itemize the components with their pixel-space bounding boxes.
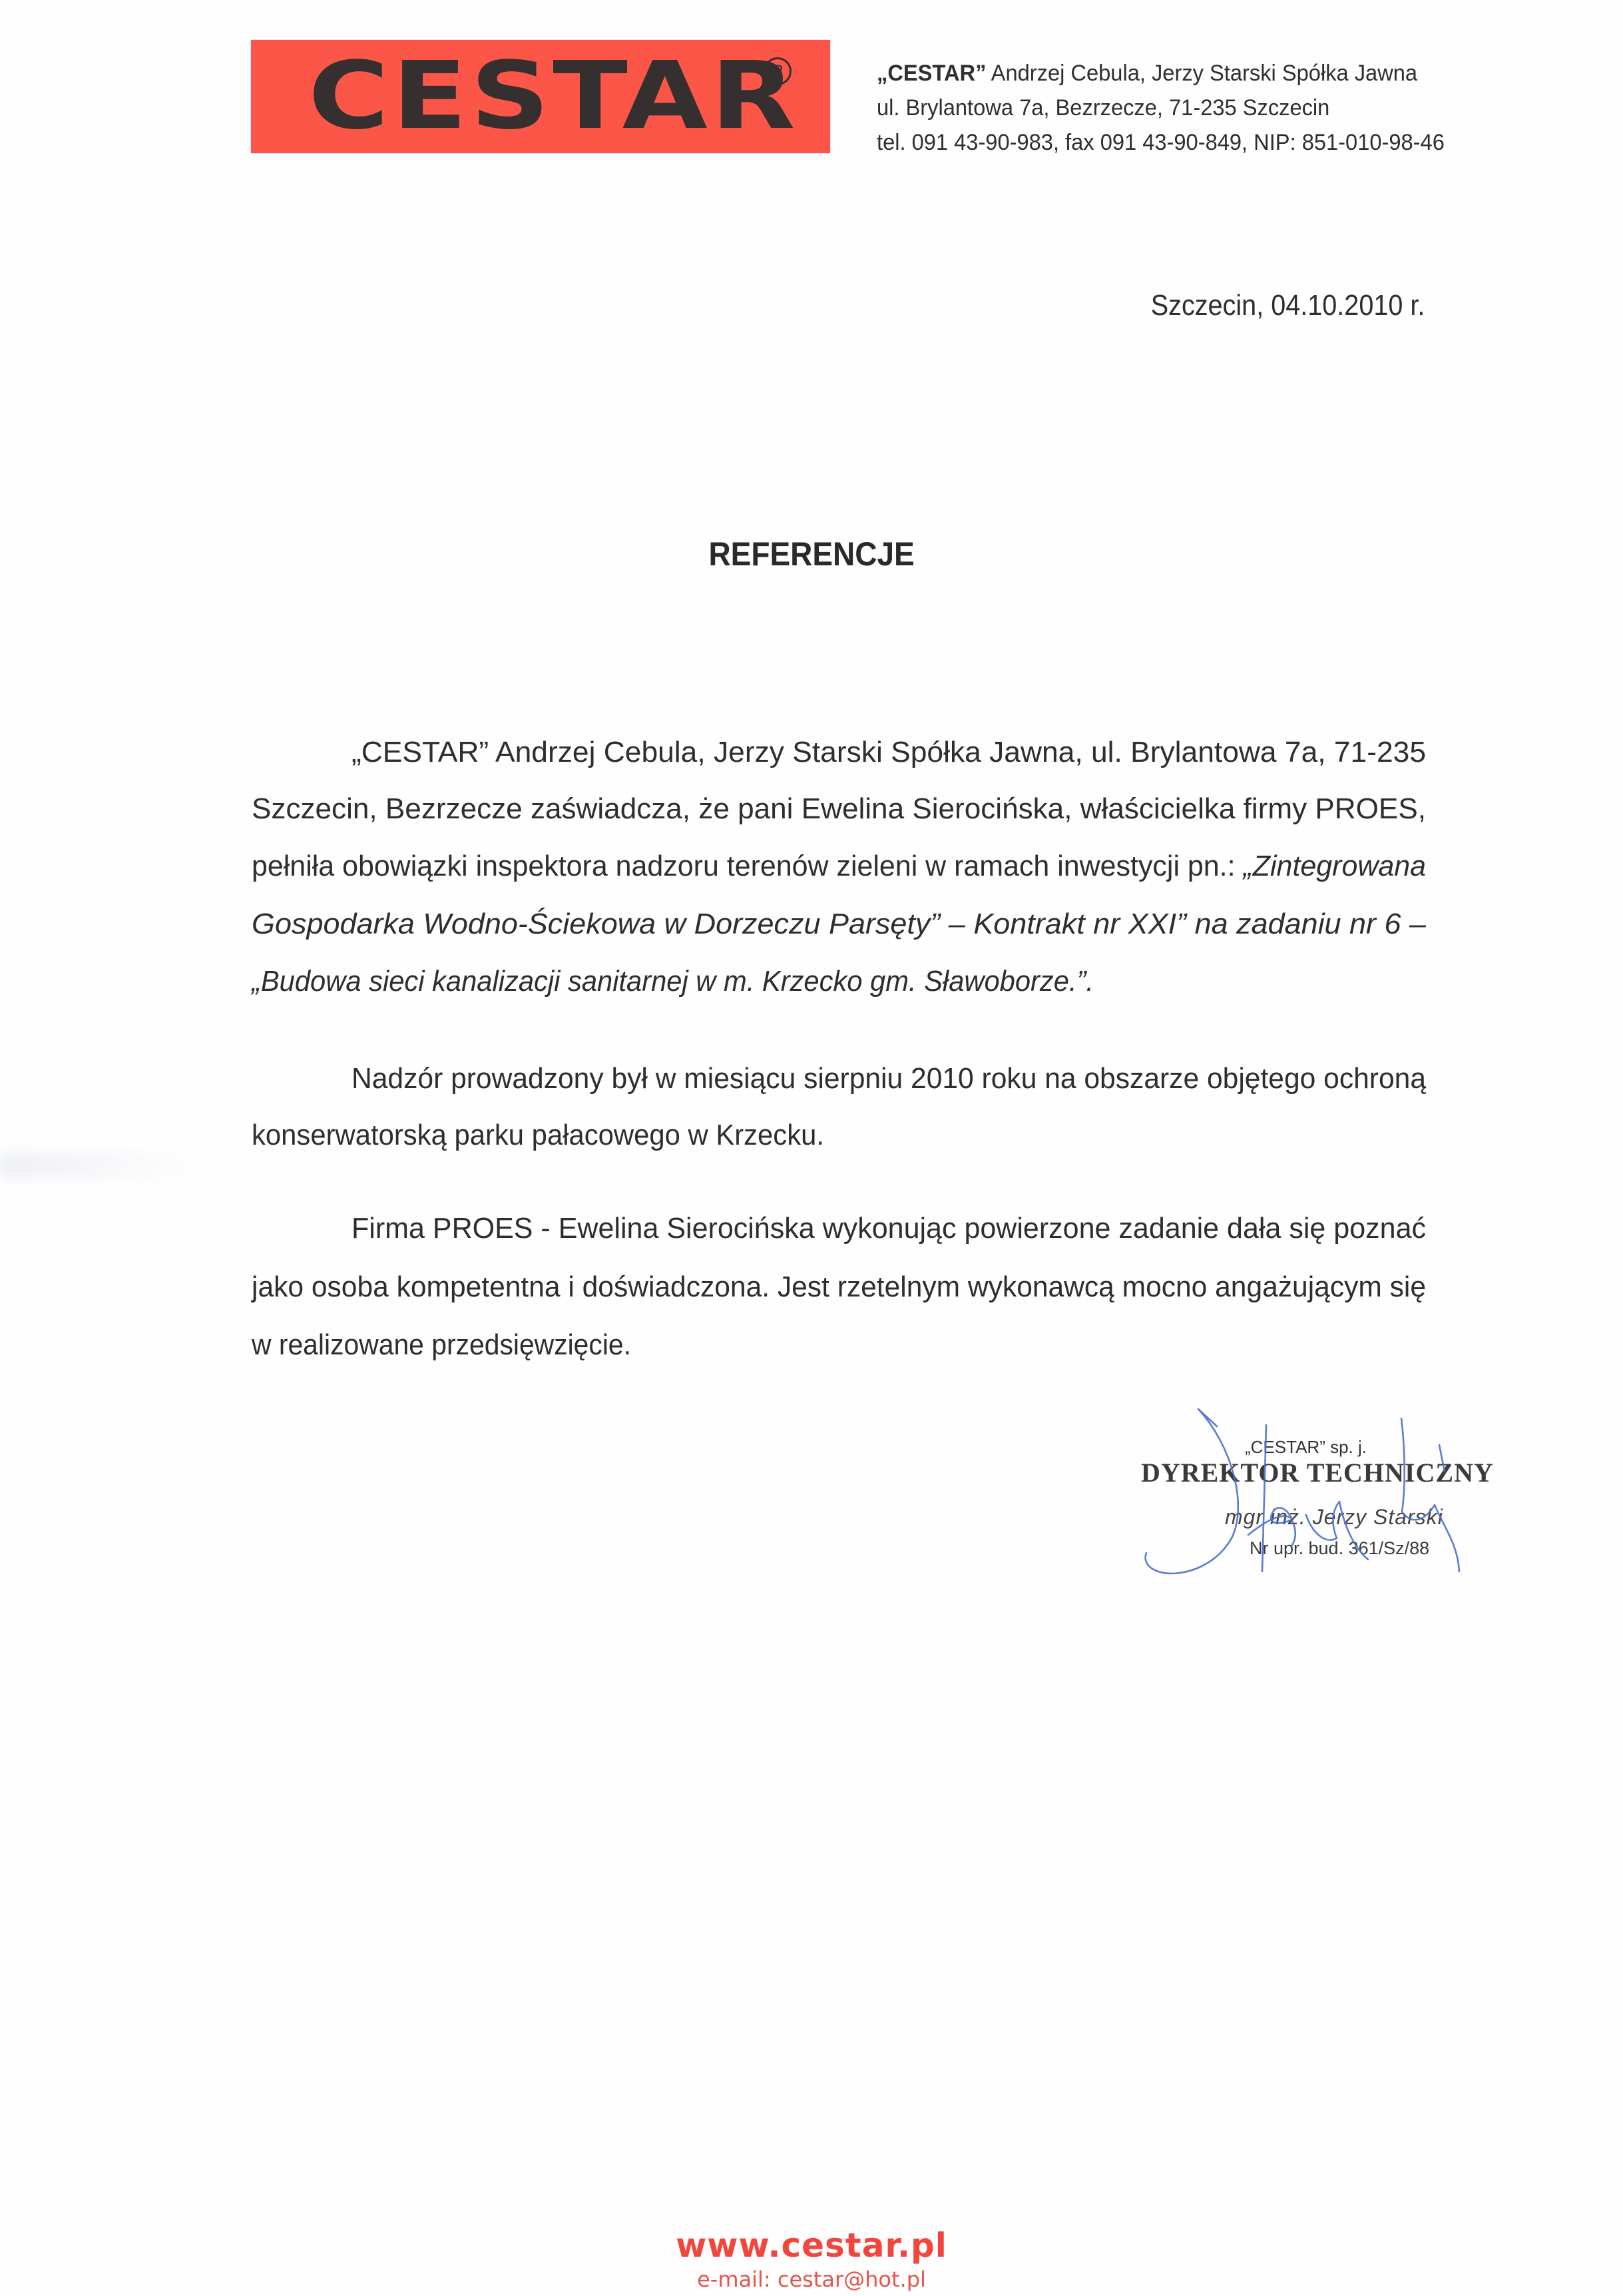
paragraph3-line3: w realizowane przedsięwzięcie.: [252, 1326, 660, 1364]
footer-email-link[interactable]: e-mail: cestar@hot.pl: [0, 2267, 1623, 2292]
company-contact: tel. 091 43-90-983, fax 091 43-90-849, N…: [877, 125, 1468, 160]
stamp-position: DYREKTOR TECHNICZNY: [1141, 1457, 1494, 1488]
paragraph2-line2: konserwatorską parku pałacowego w Krzeck…: [252, 1117, 854, 1154]
paragraph2-line1: Nadzór prowadzony był w miesiącu sierpni…: [351, 1060, 1462, 1097]
company-name-line: „CESTAR” Andrzej Cebula, Jerzy Starski S…: [877, 56, 1468, 91]
company-name-bold: „CESTAR”: [877, 61, 986, 86]
letter-page: CESTAR R „CESTAR” Andrzej Cebula, Jerzy …: [0, 0, 1623, 2296]
paragraph1-line1: „CESTAR” Andrzej Cebula, Jerzy Starski S…: [351, 734, 1417, 771]
company-letterhead: „CESTAR” Andrzej Cebula, Jerzy Starski S…: [877, 56, 1468, 160]
paragraph3-line1: Firma PROES - Ewelina Sierocińska wykonu…: [351, 1210, 1451, 1247]
paragraph1-line5: „Budowa sieci kanalizacji sanitarnej w m…: [252, 963, 1140, 1000]
paragraph1-line3: pełniła obowiązki inspektora nadzoru ter…: [252, 848, 1455, 885]
scan-smudge: [0, 1152, 200, 1179]
company-address: ul. Brylantowa 7a, Bezrzecze, 71-235 Szc…: [877, 91, 1468, 125]
company-name-rest: Andrzej Cebula, Jerzy Starski Spółka Jaw…: [986, 61, 1417, 86]
logo-text: CESTAR: [308, 43, 798, 150]
stamp-name: mgr inż. Jerzy Starski: [1225, 1505, 1443, 1530]
paragraph1-line4: Gospodarka Wodno-Ściekowa w Dorzeczu Par…: [252, 906, 1401, 943]
footer-website-link[interactable]: www.cestar.pl: [0, 2226, 1623, 2265]
stamp-license: Nr upr. bud. 361/Sz/88: [1250, 1538, 1429, 1559]
letter-date: Szczecin, 04.10.2010 r.: [1150, 289, 1425, 322]
paragraph1-line2: Szczecin, Bezrzecze zaświadcza, że pani …: [252, 790, 1424, 828]
company-logo: CESTAR R: [251, 40, 830, 153]
registered-mark-icon: R: [764, 57, 792, 85]
stamp-company: „CESTAR” sp. j.: [1245, 1437, 1367, 1458]
signature-stamp: „CESTAR” sp. j. DYREKTOR TECHNICZNY mgr …: [1132, 1405, 1465, 1578]
document-title: REFERENCJE: [0, 535, 1623, 573]
paragraph3-line2: jako osoba kompetentna i doświadczona. J…: [252, 1269, 1467, 1306]
